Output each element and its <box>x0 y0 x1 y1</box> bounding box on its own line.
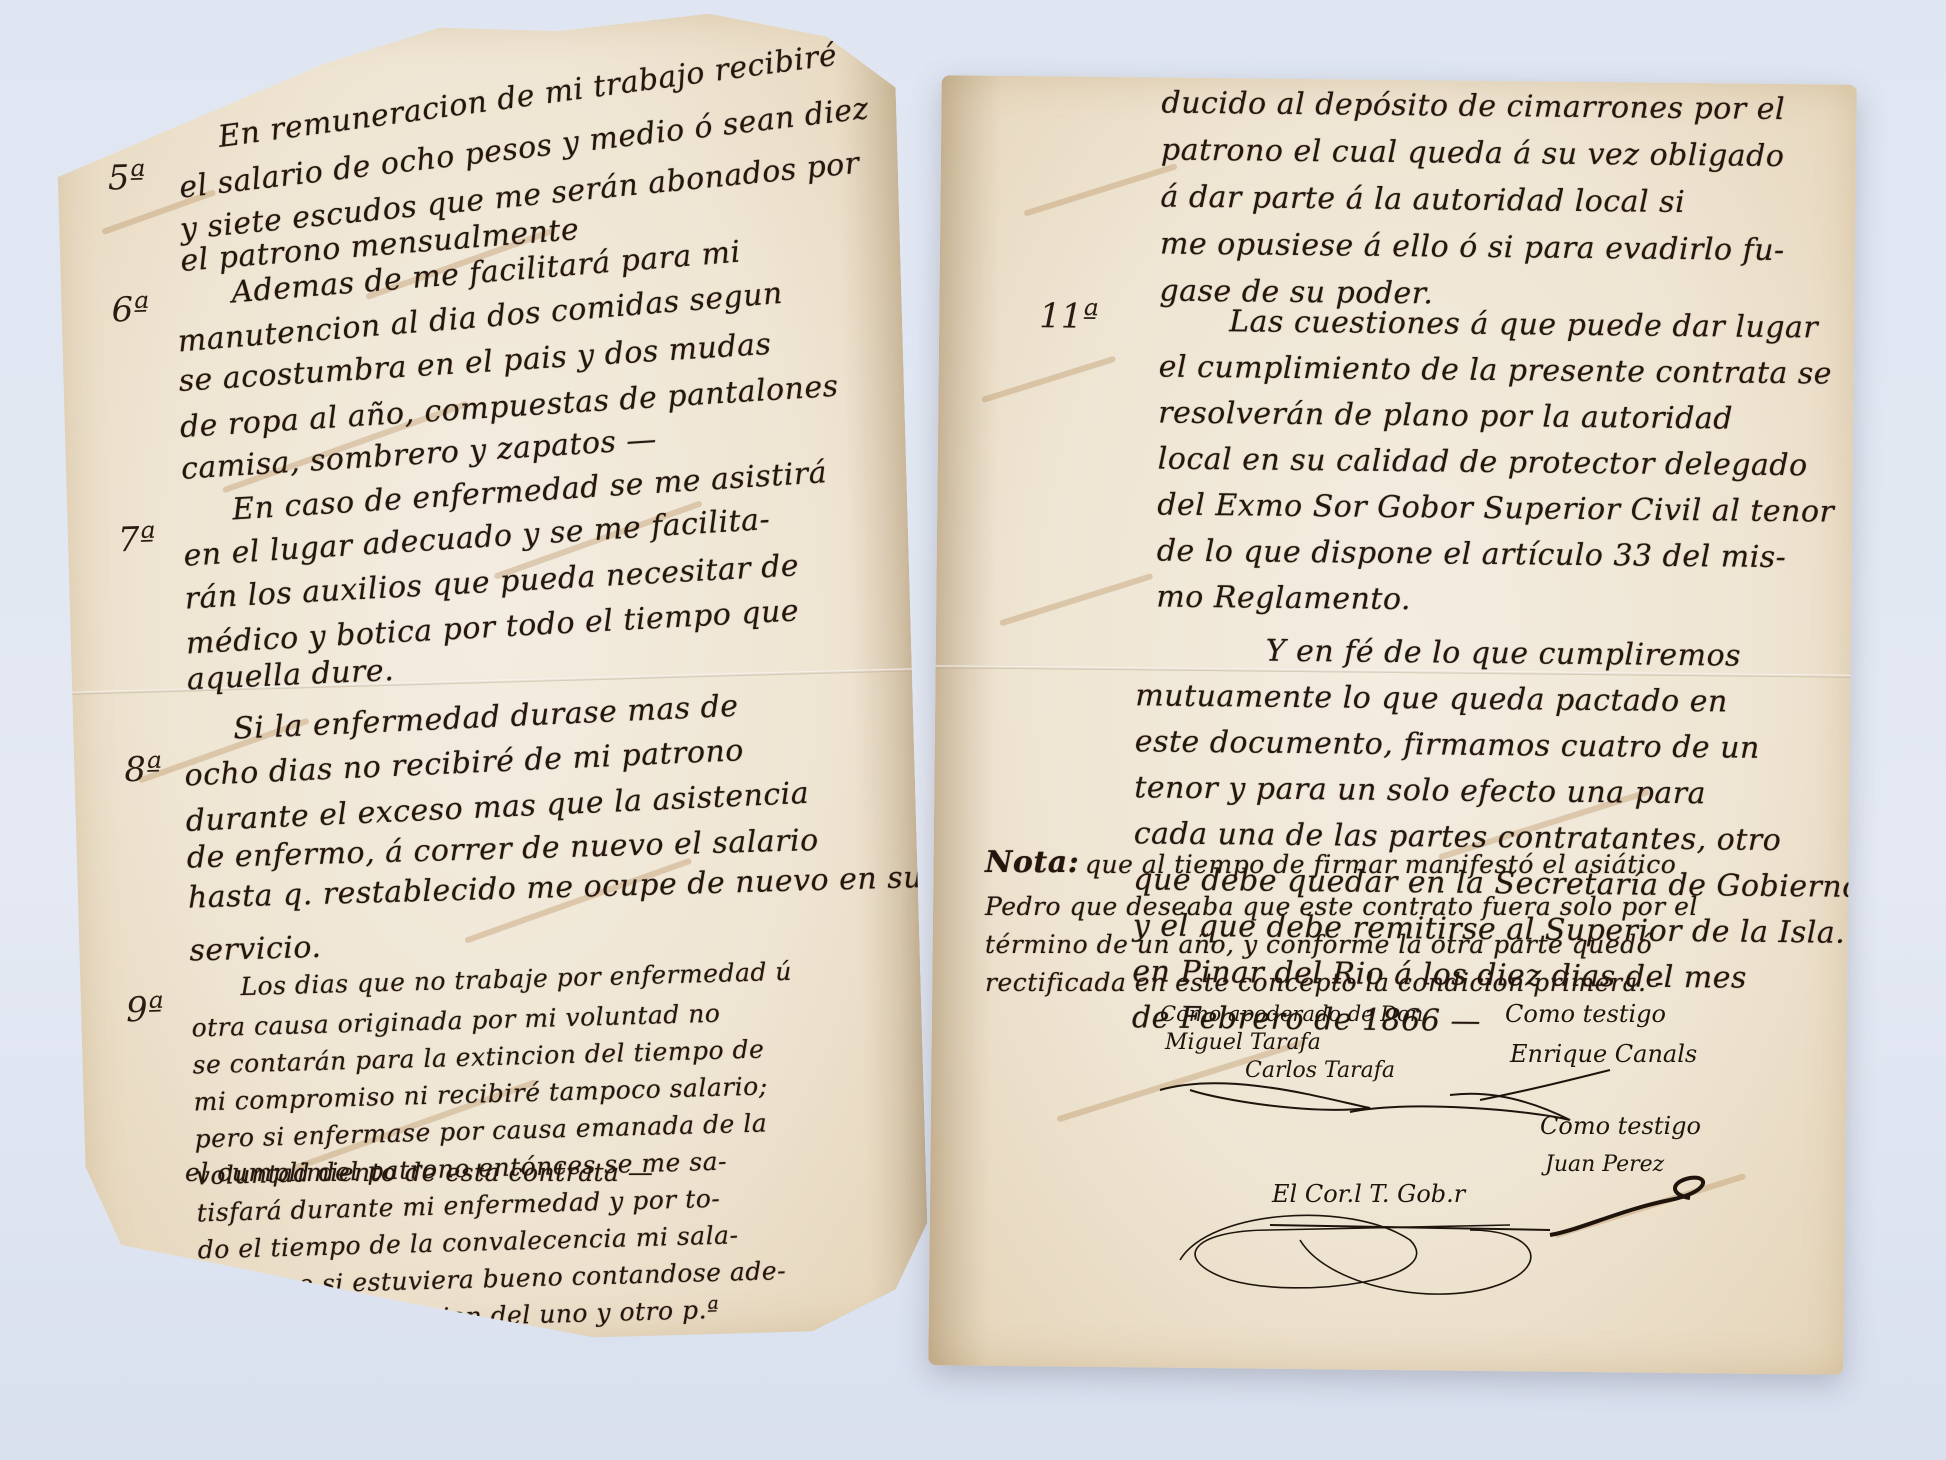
gutter-shadow <box>928 75 1002 1366</box>
clause-6: 6ª Ademas de me facilitará para mi manut… <box>54 9 894 32</box>
text-line: que al tiempo de firmar manifestó el asi… <box>1085 850 1676 879</box>
text-line: tisfará durante mi enfermedad y por to- <box>196 1184 720 1228</box>
clause-number: 11ª <box>1039 296 1099 337</box>
signature-role: Como apoderado de Don <box>1160 1002 1423 1026</box>
text-line: término de un año, y conforme la otra pa… <box>985 930 1652 959</box>
text-line: ducido al depósito de cimarrones por el <box>1161 86 1785 128</box>
text-line: pero si enfermase por causa emanada de l… <box>194 1108 767 1153</box>
text-line: mo Reglamento. <box>1156 580 1411 618</box>
clause-10-continuation: ducido al depósito de cimarrones por el … <box>942 75 1857 85</box>
text-line: se contarán para la extincion del tiempo… <box>192 1035 764 1080</box>
text-line: el cumplimiento de la presente contrata … <box>1159 350 1833 392</box>
text-line: Y en fé de lo que cumpliremos <box>1266 634 1742 674</box>
clause-5: 5ª En remuneracion de mi trabajo recibir… <box>54 9 894 32</box>
signature-principal: Miguel Tarafa <box>1165 1030 1321 1055</box>
clause-number: 7ª <box>117 519 156 560</box>
ink-bleed <box>981 356 1116 404</box>
text-line: Las cuestiones á que puede dar lugar <box>1229 304 1818 345</box>
text-line: este documento, firmamos cuatro de un <box>1135 724 1760 766</box>
text-line: local en su calidad de protector delegad… <box>1158 442 1808 484</box>
text-line: me opusiese á ello ó si para evadirlo fu… <box>1160 227 1785 269</box>
clause-number: 5ª <box>107 157 146 198</box>
clause-number: 6ª <box>111 289 150 330</box>
text-line: tenor y para un solo efecto una para <box>1134 770 1706 811</box>
clause-number: 8ª <box>124 749 163 790</box>
text-line: el cumplimiento de esta contrata — <box>185 1158 653 1187</box>
clause-number: 9ª <box>126 989 165 1030</box>
text-line: del Exmo Sor Gobor Superior Civil al ten… <box>1157 488 1834 530</box>
ink-bleed <box>1023 163 1177 217</box>
text-line: patrono el cual queda á su vez obligado <box>1161 133 1785 175</box>
clause-9: 9ª Los dias que no trabaje por enfermeda… <box>54 9 894 32</box>
clause-7: 7ª En caso de enfermedad se me asistirá … <box>54 9 894 32</box>
text-line: rectificada en este concepto la condicio… <box>985 968 1664 997</box>
text-line: más el de la duracion del uno y otro p.ª <box>199 1295 719 1338</box>
note-label: Nota: <box>985 845 1079 880</box>
text-line: servicio. <box>189 930 322 969</box>
text-line: á dar parte á la autoridad local si <box>1160 180 1685 220</box>
ink-bleed <box>999 573 1153 627</box>
clause-11: 11ª Las cuestiones á que puede dar lugar… <box>942 75 1857 85</box>
signature-flourish-icon <box>1150 1060 1750 1320</box>
closing-statement: Y en fé de lo que cumpliremos mutuamente… <box>942 75 1857 85</box>
signature-role: Como testigo <box>1505 1000 1666 1028</box>
clause-8: 8ª Si la enfermedad durase mas de ocho d… <box>54 9 894 32</box>
text-line: resolverán de plano por la autoridad <box>1158 396 1733 437</box>
text-line: Pedro que deseaba que este contrato fuer… <box>985 892 1698 921</box>
text-line: do el tiempo de la convalecencia mi sala… <box>197 1220 738 1264</box>
text-line: mi compromiso ni recibiré tampoco salari… <box>193 1071 768 1116</box>
text-line: otra causa originada por mi voluntad no <box>191 999 721 1043</box>
text-line: mutuamente lo que queda pactado en <box>1135 678 1728 719</box>
text-line: de lo que dispone el artículo 33 del mis… <box>1157 534 1787 576</box>
text-line: Los dias que no trabaje por enfermedad ú <box>240 957 792 1001</box>
left-page: 5ª En remuneracion de mi trabajo recibir… <box>54 9 931 1352</box>
